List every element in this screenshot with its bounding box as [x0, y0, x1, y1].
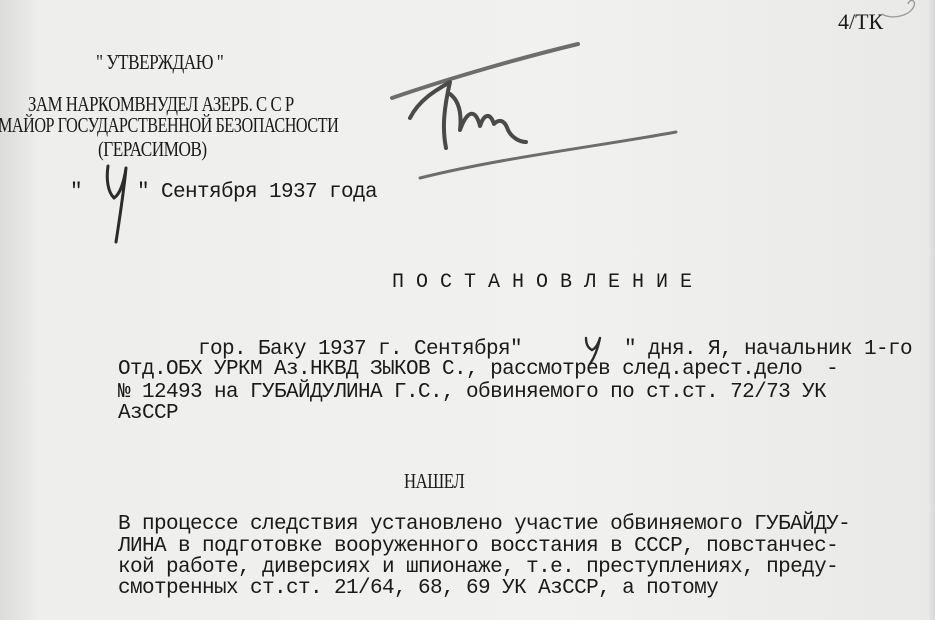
intro-line-2: Отд.ОБХ УРКМ Аз.НКВД ЗЫКОВ С., рассмотре… [118, 360, 838, 380]
section-heading: НАШЕЛ [404, 471, 464, 491]
approval-date-text: " Сентября 1937 года [137, 183, 377, 203]
intro-line-1b: " дня. Я, начальник 1-го [624, 340, 912, 360]
body-line-4: смотренных ст.ст. 21/64, 68, 69 УК АзССР… [118, 579, 718, 599]
page-reference: 4/ТК [838, 12, 883, 32]
approval-name-line: (ГЕРАСИМОВ) [98, 139, 207, 159]
approval-header: " УТВЕРЖДАЮ " [96, 52, 223, 72]
page-edge-shadow [929, 0, 935, 620]
document-page: 4/ТК " УТВЕРЖДАЮ " ЗАМ НАРКОМВНУДЕЛ АЗЕР… [0, 0, 935, 620]
signature [380, 38, 680, 188]
corner-scribble [880, 0, 920, 22]
approval-position-line: ЗАМ НАРКОМВНУДЕЛ АЗЕРБ. С С Р [28, 94, 294, 114]
intro-line-4: АзССР [118, 404, 178, 424]
approval-date-open-quote: " [70, 183, 82, 203]
body-line-2: ЛИНА в подготовке вооруженного восстания… [118, 537, 838, 557]
intro-line-1a: гор. Баку 1937 г. Сентября" [198, 340, 522, 360]
intro-line-3: № 12493 на ГУБАЙДУЛИНА Г.С., обвиняемого… [118, 383, 826, 403]
body-line-3: кой работе, диверсиях и шпионаже, т.е. п… [118, 558, 838, 578]
handwritten-day-approval [102, 160, 132, 246]
approval-rank-line: МАЙОР ГОСУДАРСТВЕННОЙ БЕЗОПАСНОСТИ [0, 115, 338, 135]
document-title: П О С Т А Н О В Л Е Н И Е [392, 273, 692, 293]
body-line-1: В процессе следствия установлено участие… [118, 515, 850, 535]
